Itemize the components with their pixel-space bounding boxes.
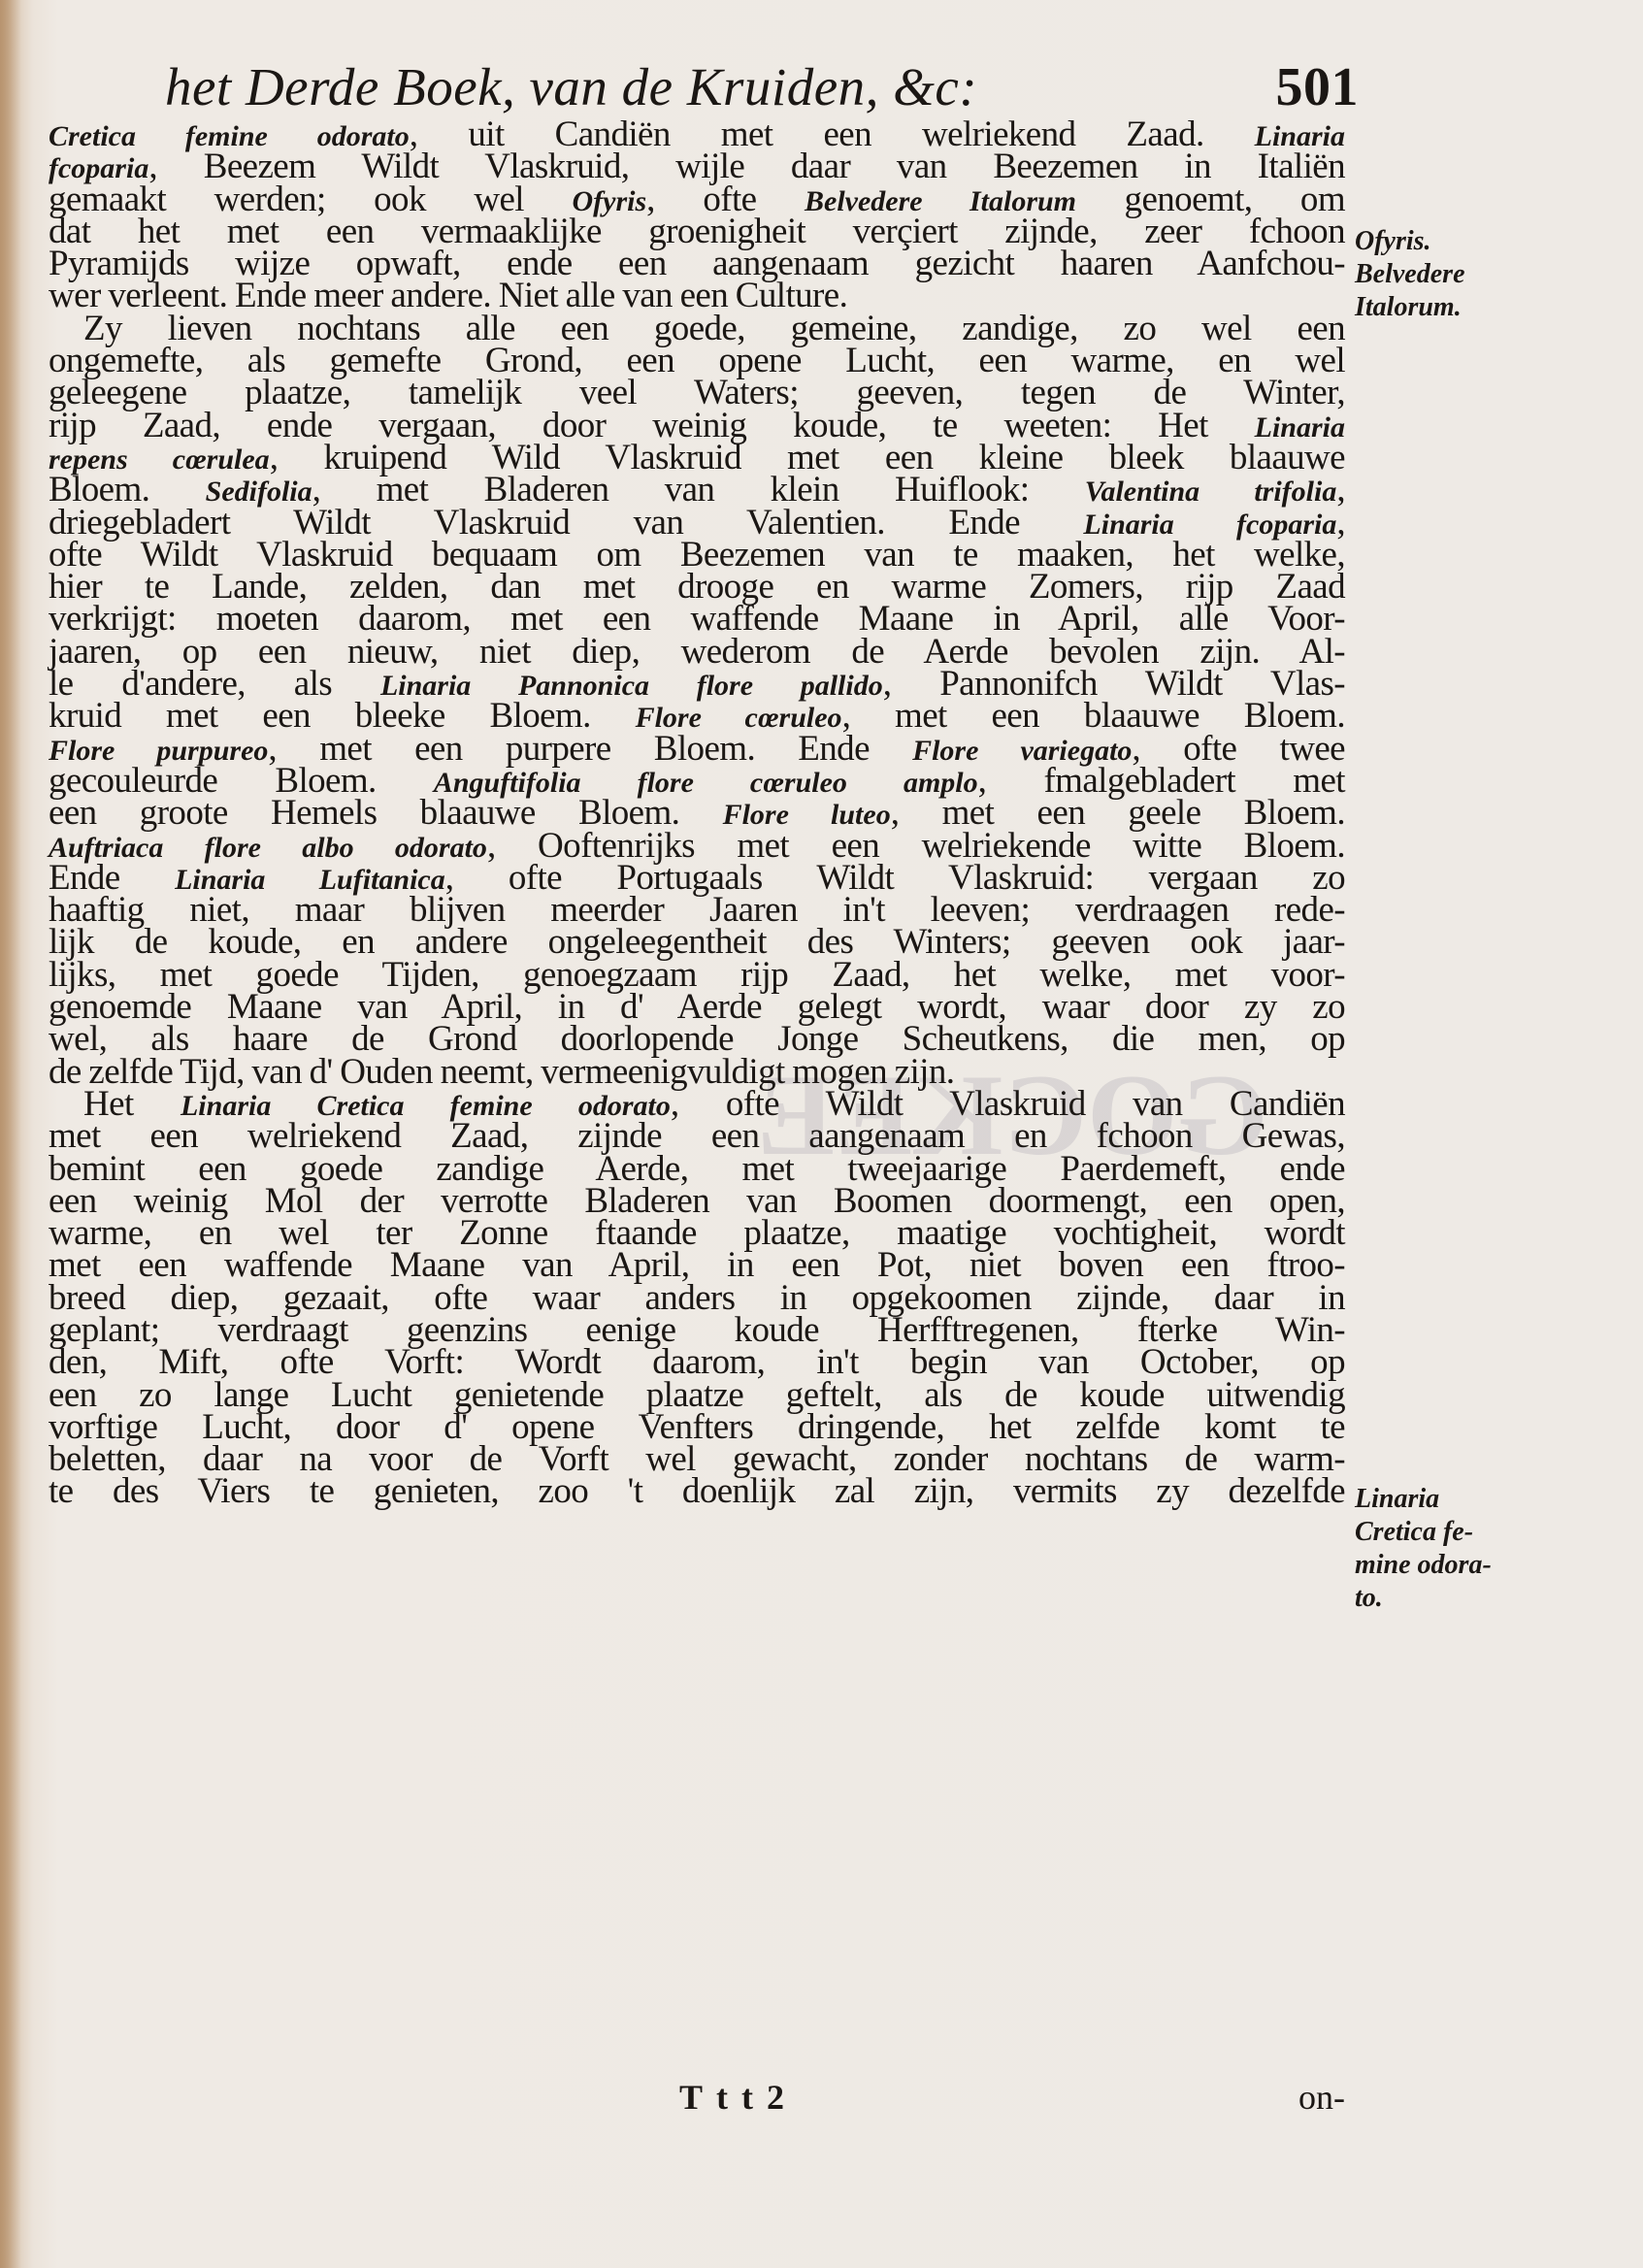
- text-line: warme, en wel ter Zonne ftaande plaatze,…: [49, 1217, 1345, 1249]
- text-line: met een welriekend Zaad, zijnde een aang…: [49, 1120, 1345, 1152]
- text-line: repens cœrulea, kruipend Wild Vlaskruid …: [49, 442, 1345, 474]
- text-line: genoemde Maane van April, in d' Aerde ge…: [49, 991, 1345, 1023]
- text-line: met een waffende Maane van April, in een…: [49, 1249, 1345, 1281]
- text-line: haaftig niet, maar blijven meerder Jaare…: [49, 894, 1345, 926]
- text-line: fcoparia, Beezem Wildt Vlaskruid, wijle …: [49, 150, 1345, 182]
- text-line: le d'andere, als Linaria Pannonica flore…: [49, 668, 1345, 700]
- running-head: het Derde Boek, van de Kruiden, &c: 501: [165, 56, 1359, 115]
- text-line: geplant; verdraagt geenzins eenige koude…: [49, 1314, 1345, 1346]
- text-line: lijks, met goede Tijden, genoegzaam rijp…: [49, 959, 1345, 991]
- margin-note: Ofyris.BelvedereItalorum.: [1355, 225, 1559, 324]
- page-footer: Ttt2 on-: [49, 2077, 1345, 2116]
- text-line: ongemefte, als gemefte Grond, een opene …: [49, 345, 1345, 377]
- text-line: verkrijgt: moeten daarom, met een waffen…: [49, 603, 1345, 635]
- text-line: Het Linaria Cretica femine odorato, ofte…: [49, 1088, 1345, 1120]
- text-line: den, Mift, ofte Vorft: Wordt daarom, in'…: [49, 1346, 1345, 1378]
- margin-note-line: Cretica fe-: [1355, 1516, 1559, 1549]
- text-line: Bloem. Sedifolia, met Bladeren van klein…: [49, 474, 1345, 506]
- text-line: rijp Zaad, ende vergaan, door weinig kou…: [49, 410, 1345, 442]
- text-line: Cretica femine odorato, uit Candiën met …: [49, 118, 1345, 150]
- text-line: ofte Wildt Vlaskruid bequaam om Beezemen…: [49, 539, 1345, 571]
- text-line: kruid met een bleeke Bloem. Flore cœrule…: [49, 700, 1345, 732]
- text-line: jaaren, op een nieuw, niet diep, wederom…: [49, 636, 1345, 668]
- text-line: gemaakt werden; ook wel Ofyris, ofte Bel…: [49, 183, 1345, 215]
- text-line: Flore purpureo, met een purpere Bloem. E…: [49, 733, 1345, 765]
- text-line: dat het met een vermaaklijke groenigheit…: [49, 215, 1345, 247]
- text-line: wel, als haare de Grond doorlopende Jong…: [49, 1023, 1345, 1055]
- text-line: de zelfde Tijd, van d' Ouden neemt, verm…: [49, 1056, 1345, 1088]
- text-line: hier te Lande, zelden, dan met drooge en…: [49, 571, 1345, 603]
- text-line: beletten, daar na voor de Vorft wel gewa…: [49, 1443, 1345, 1475]
- text-line: een zo lange Lucht genietende plaatze ge…: [49, 1379, 1345, 1411]
- text-line: Auftriaca flore albo odorato, Ooftenrijk…: [49, 830, 1345, 862]
- dutch-text: te des Viers te genieten, zoo 't doenlij…: [49, 1471, 1345, 1511]
- margin-note-line: mine odora-: [1355, 1549, 1559, 1582]
- text-line: wer verleent. Ende meer andere. Niet all…: [49, 279, 1345, 312]
- text-line: geleegene plaatze, tamelijk veel Waters;…: [49, 377, 1345, 409]
- spine-shadow: [0, 0, 21, 2268]
- margin-note-line: Belvedere: [1355, 258, 1559, 291]
- text-line: Pyramijds wijze opwaft, ende een aangena…: [49, 247, 1345, 279]
- book-page: GOCKEE het Derde Boek, van de Kruiden, &…: [0, 0, 1643, 2268]
- text-line: een weinig Mol der verrotte Bladeren van…: [49, 1185, 1345, 1217]
- text-line: te des Viers te genieten, zoo 't doenlij…: [49, 1475, 1345, 1507]
- text-line: Ende Linaria Lufitanica, ofte Portugaals…: [49, 862, 1345, 894]
- text-line: vorftige Lucht, door d' opene Venfters d…: [49, 1411, 1345, 1443]
- text-line: gecouleurde Bloem. Anguftifolia flore cœ…: [49, 765, 1345, 797]
- margin-note-line: Ofyris.: [1355, 225, 1559, 258]
- catchword: on-: [1298, 2077, 1345, 2118]
- margin-note-line: to.: [1355, 1582, 1559, 1615]
- running-title: het Derde Boek, van de Kruiden, &c:: [165, 56, 977, 117]
- text-line: breed diep, gezaait, ofte waar anders in…: [49, 1282, 1345, 1314]
- margin-note-line: Linaria: [1355, 1483, 1559, 1516]
- text-line: driegebladert Wildt Vlaskruid van Valent…: [49, 507, 1345, 539]
- text-line: Zy lieven nochtans alle een goede, gemei…: [49, 312, 1345, 345]
- text-line: een groote Hemels blaauwe Bloem. Flore l…: [49, 797, 1345, 829]
- latin-term: Valentina trifolia: [1085, 476, 1337, 508]
- page-number: 501: [1276, 56, 1360, 118]
- text-line: bemint een goede zandige Aerde, met twee…: [49, 1153, 1345, 1185]
- margin-note-line: Italorum.: [1355, 291, 1559, 324]
- signature-mark: Ttt2: [679, 2077, 798, 2118]
- body-text: Cretica femine odorato, uit Candiën met …: [49, 118, 1345, 1508]
- text-line: lijk de koude, en andere ongeleegentheit…: [49, 926, 1345, 958]
- margin-note: LinariaCretica fe-mine odora-to.: [1355, 1483, 1559, 1615]
